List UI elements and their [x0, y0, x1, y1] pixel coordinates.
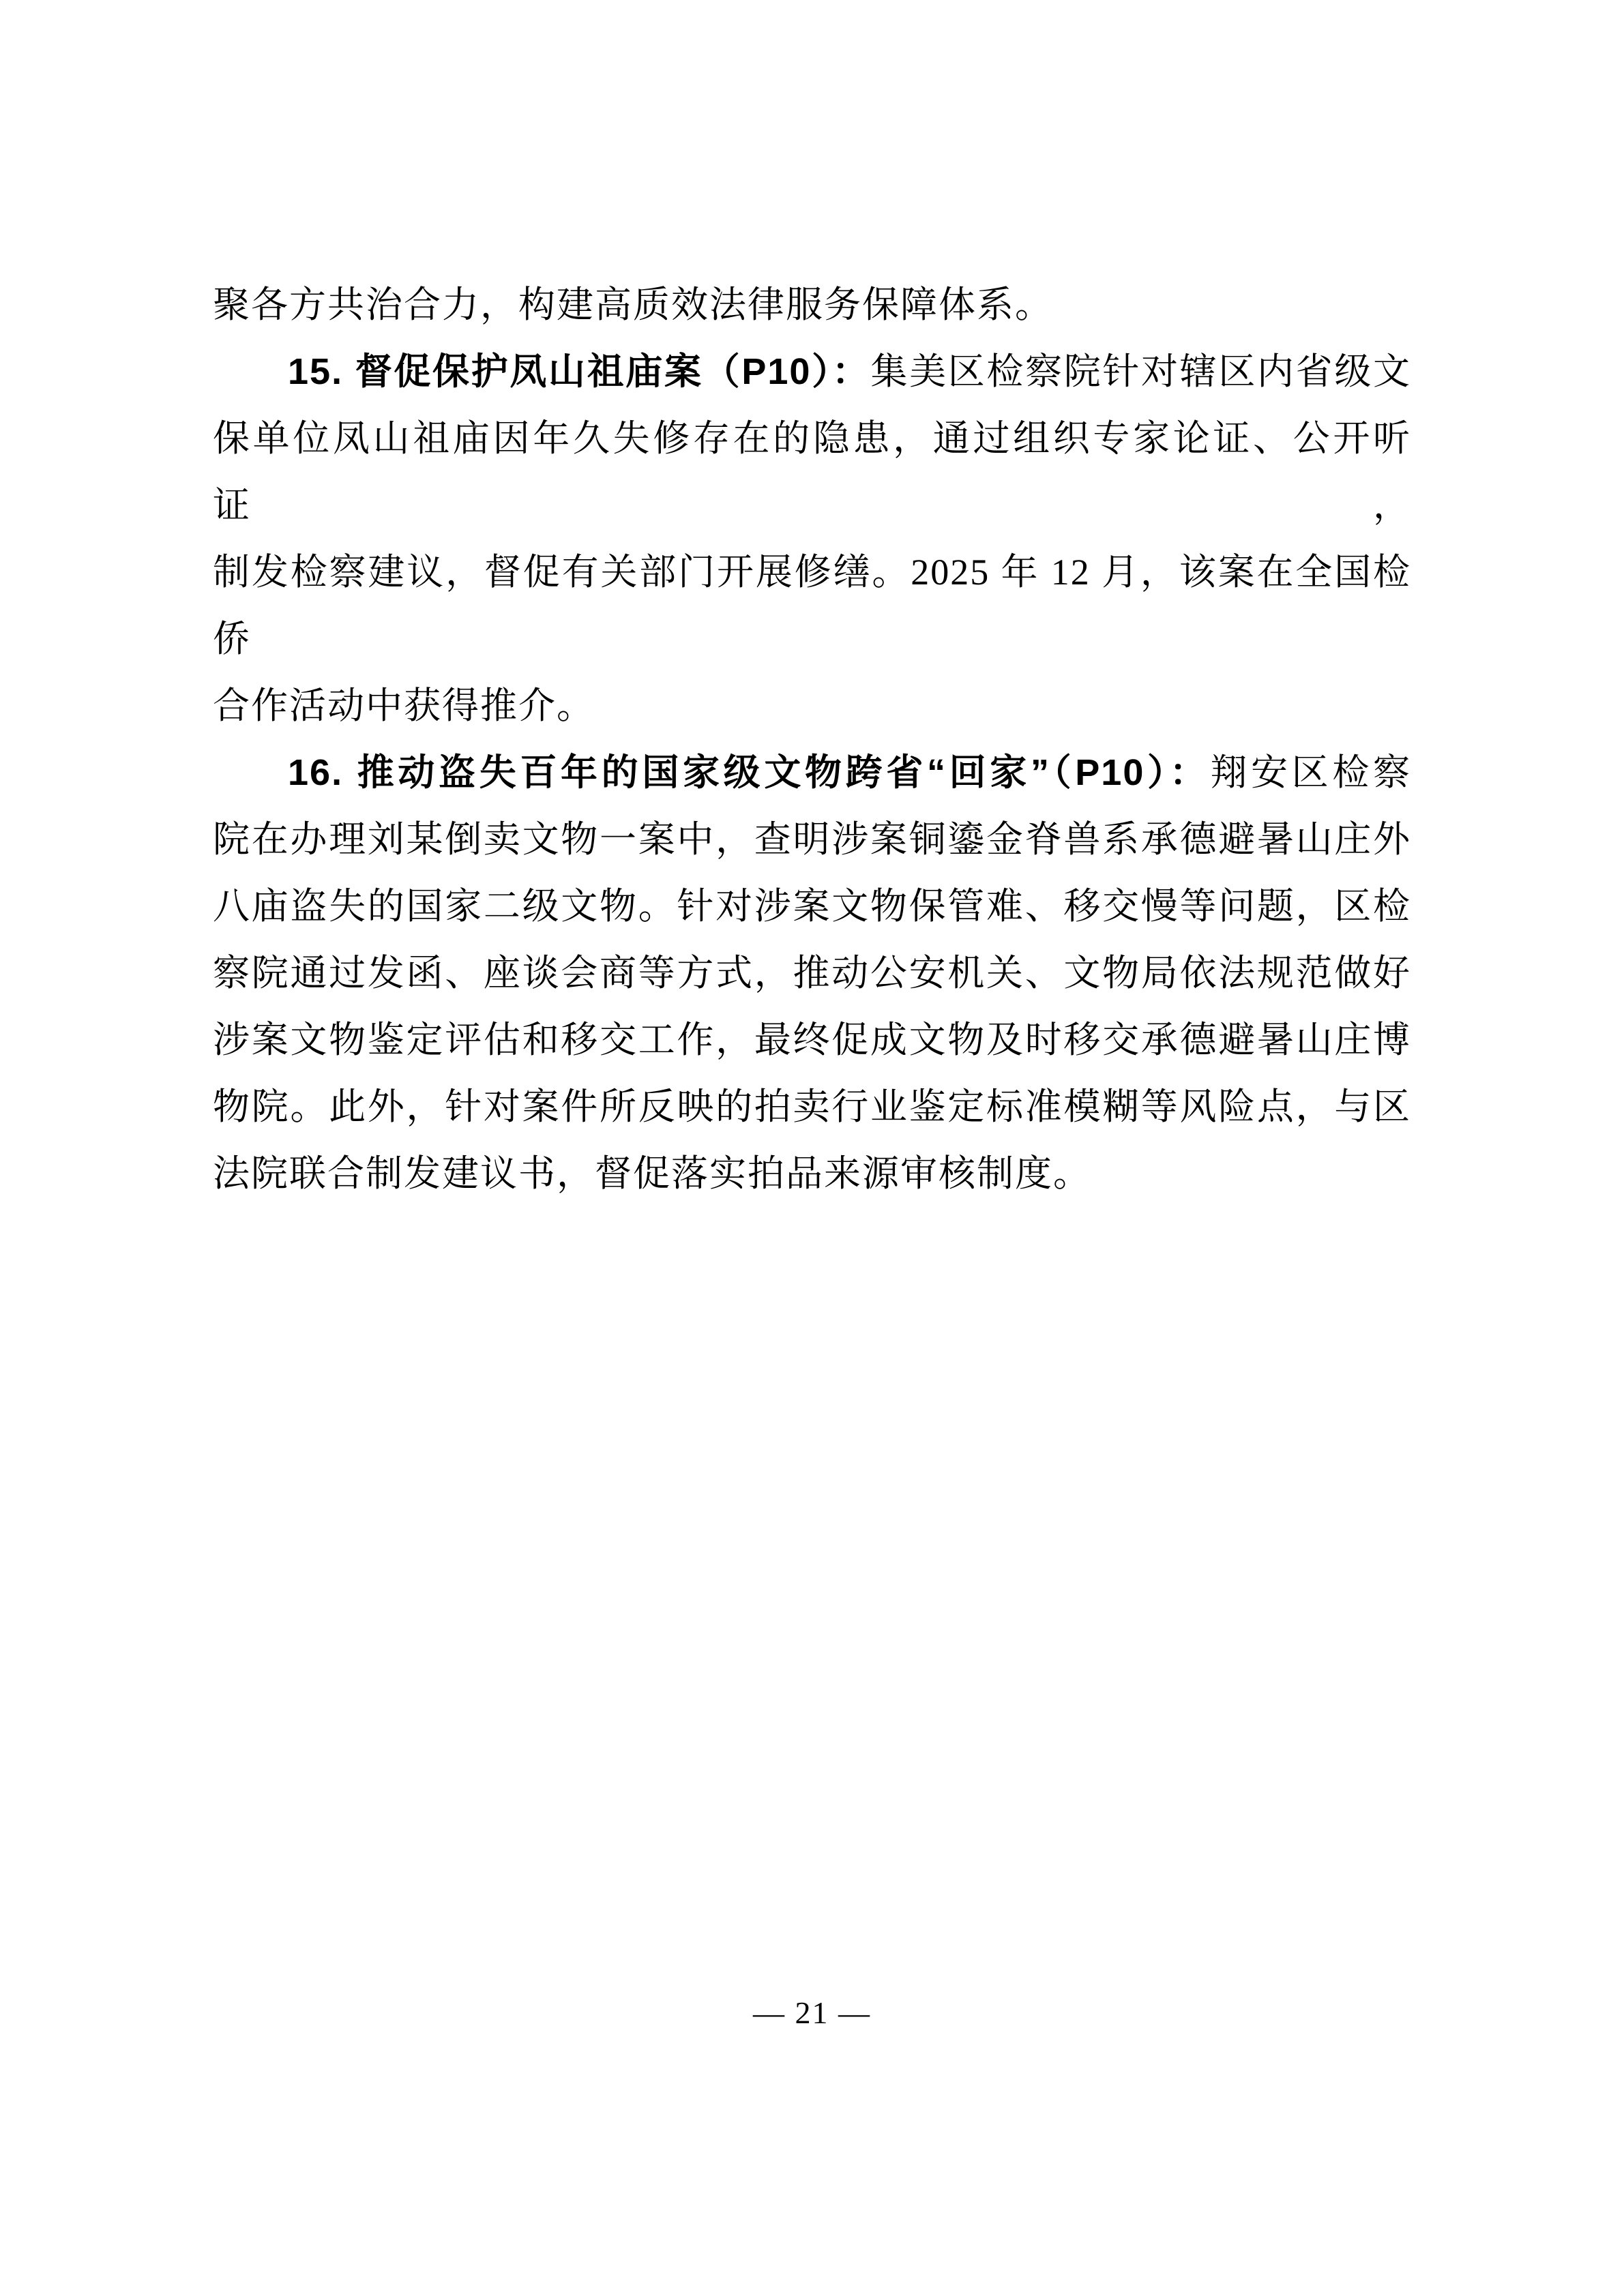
document-page: 聚各方共治合力，构建高质效法律服务保障体系。15. 督促保护凤山祖庙案（P10）…	[0, 0, 1624, 2296]
text-line: 保单位凤山祖庙因年久失修存在的隐患，通过组织专家论证、公开听证，	[213, 405, 1411, 539]
body-run: 八庙盗失的国家二级文物。针对涉案文物保管难、移交慢等问题，区检	[213, 886, 1411, 927]
heading-run: 推动盗失百年的国家级文物跨省“回家”（P10）：	[357, 752, 1211, 793]
body-run: 院在办理刘某倒卖文物一案中，查明涉案铜鎏金脊兽系承德避暑山庄外	[213, 819, 1411, 860]
body-run: 合作活动中获得推介。	[213, 685, 595, 726]
body-run: 制发检察建议，督促有关部门开展修缮。2025 年 12 月，该案在全国检侨	[213, 552, 1411, 659]
text-line: 察院通过发函、座谈会商等方式，推动公安机关、文物局依法规范做好	[213, 940, 1411, 1007]
text-line: 制发检察建议，督促有关部门开展修缮。2025 年 12 月，该案在全国检侨	[213, 539, 1411, 672]
page-number: — 21 —	[753, 1995, 871, 2030]
body-run: 保单位凤山祖庙因年久失修存在的隐患，通过组织专家论证、公开听证，	[213, 418, 1411, 526]
heading-run: 督促保护凤山祖庙案（P10）：	[355, 351, 871, 392]
page-footer: — 21 —	[0, 1993, 1624, 2033]
text-line: 院在办理刘某倒卖文物一案中，查明涉案铜鎏金脊兽系承德避暑山庄外	[213, 806, 1411, 873]
text-line: 聚各方共治合力，构建高质效法律服务保障体系。	[213, 271, 1411, 338]
text-line: 15. 督促保护凤山祖庙案（P10）：集美区检察院针对辖区内省级文	[213, 338, 1411, 405]
body-run: 翔安区检察	[1210, 752, 1411, 793]
text-line: 涉案文物鉴定评估和移交工作，最终促成文物及时移交承德避暑山庄博	[213, 1007, 1411, 1073]
text-line: 法院联合制发建议书，督促落实拍品来源审核制度。	[213, 1140, 1411, 1207]
body-run: 物院。此外，针对案件所反映的拍卖行业鉴定标准模糊等风险点，与区	[213, 1086, 1411, 1127]
heading-run: 15.	[288, 351, 355, 392]
body-run: 法院联合制发建议书，督促落实拍品来源审核制度。	[213, 1153, 1091, 1194]
text-line: 16. 推动盗失百年的国家级文物跨省“回家”（P10）：翔安区检察	[213, 739, 1411, 806]
document-body: 聚各方共治合力，构建高质效法律服务保障体系。15. 督促保护凤山祖庙案（P10）…	[213, 271, 1411, 1207]
body-run: 涉案文物鉴定评估和移交工作，最终促成文物及时移交承德避暑山庄博	[213, 1019, 1411, 1060]
body-run: 察院通过发函、座谈会商等方式，推动公安机关、文物局依法规范做好	[213, 953, 1411, 994]
body-run: 集美区检察院针对辖区内省级文	[870, 351, 1411, 392]
heading-run: 16.	[288, 752, 357, 793]
text-line: 物院。此外，针对案件所反映的拍卖行业鉴定标准模糊等风险点，与区	[213, 1073, 1411, 1140]
body-run: 聚各方共治合力，构建高质效法律服务保障体系。	[213, 284, 1053, 325]
text-line: 合作活动中获得推介。	[213, 672, 1411, 739]
text-line: 八庙盗失的国家二级文物。针对涉案文物保管难、移交慢等问题，区检	[213, 873, 1411, 940]
